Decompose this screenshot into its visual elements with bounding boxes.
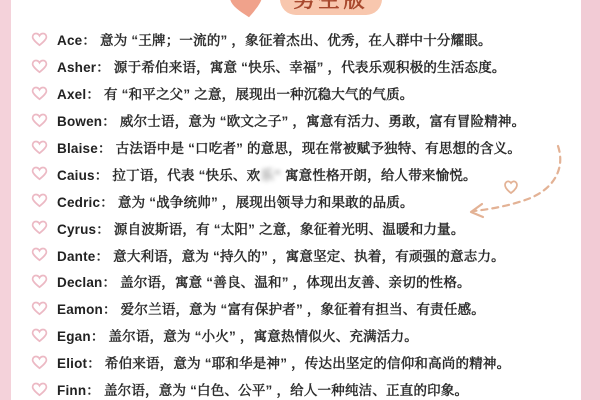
name-entry-text: Declan： 盖尔语，寓意 “善良、温和” ，体现出友善、亲切的性格。: [57, 271, 471, 291]
heart-outline-icon: [31, 247, 48, 262]
list-item: Egan： 盖尔语，意为 “小火” ，寓意热情似火、充满活力。: [31, 322, 576, 349]
list-item: Finn： 盖尔语，意为 “白色、公平” ，给人一种纯洁、正直的印象。: [31, 376, 576, 400]
colon: ：: [96, 249, 110, 264]
name-entry-text: Ace： 意为 “王牌；一流的” ，象征着杰出、优秀，在人群中十分耀眼。: [57, 29, 492, 49]
heart-outline-icon: [31, 113, 48, 128]
name-description: 意大利语，意为 “持久的” ，寓意坚定、执着，有顽强的意志力。: [113, 249, 505, 264]
name-english: Cyrus: [57, 222, 96, 237]
colon: ：: [102, 114, 116, 129]
name-english: Eliot: [57, 356, 87, 371]
name-description: 有 “和平之父” 之意，展现出一种沉稳大气的气质。: [104, 87, 414, 102]
filled-heart-icon: [225, 0, 270, 24]
name-english: Ace: [57, 33, 82, 48]
heart-outline-icon: [31, 140, 48, 155]
name-english: Egan: [57, 329, 91, 344]
list-item: Eamon： 爱尔兰语，意为 “富有保护者” ，象征着有担当、有责任感。: [31, 295, 576, 322]
heart-outline-icon: [31, 382, 48, 397]
name-english: Finn: [57, 383, 86, 398]
name-description: 盖尔语，寓意 “善良、温和” ，体现出友善、亲切的性格。: [120, 275, 471, 290]
name-entry-text: Blaise： 古法语中是 “口吃者” 的意思，现在常被赋予独特、有思想的含义。: [57, 137, 521, 157]
heart-outline-icon: [31, 193, 48, 208]
name-english: Bowen: [57, 114, 102, 129]
list-item: Declan： 盖尔语，寓意 “善良、温和” ，体现出友善、亲切的性格。: [31, 268, 576, 295]
name-description: 源自波斯语，有 “太阳” 之意，象征着光明、温暖和力量。: [114, 222, 465, 237]
name-entry-text: Egan： 盖尔语，意为 “小火” ，寓意热情似火、充满活力。: [57, 325, 418, 345]
name-description: 希伯来语，意为 “耶和华是神” ，传达出坚定的信仰和高尚的精神。: [105, 356, 510, 371]
colon: ：: [103, 302, 117, 317]
list-item: Axel： 有 “和平之父” 之意，展现出一种沉稳大气的气质。: [31, 80, 576, 107]
colon: ：: [95, 168, 109, 183]
heart-outline-icon: [31, 32, 48, 47]
list-item: Asher： 源于希伯来语，寓意 “快乐、幸福” ，代表乐观积极的生活态度。: [31, 53, 576, 80]
name-english: Asher: [57, 60, 96, 75]
name-description-after: 寓意性格开朗，给人带来愉悦。: [285, 168, 477, 183]
heart-outline-icon: [31, 59, 48, 74]
name-english: Blaise: [57, 141, 98, 156]
heart-outline-icon: [31, 220, 48, 235]
section-title: 男生版: [294, 0, 369, 14]
name-entry-text: Finn： 盖尔语，意为 “白色、公平” ，给人一种纯洁、正直的印象。: [57, 379, 468, 399]
heart-outline-icon: [31, 86, 48, 101]
name-description: 意为 “王牌；一流的” ，象征着杰出、优秀，在人群中十分耀眼。: [100, 33, 492, 48]
name-description: 盖尔语，意为 “小火” ，寓意热情似火、充满活力。: [108, 329, 418, 344]
list-item: Caius： 拉丁语，代表 “快乐、欢乐” 寓意性格开朗，给人带来愉悦。: [31, 160, 576, 187]
heart-outline-icon: [31, 355, 48, 370]
list-item: Ace： 意为 “王牌；一流的” ，象征着杰出、优秀，在人群中十分耀眼。: [31, 26, 576, 53]
name-entry-text: Bowen： 威尔士语，意为 “欧文之子” ，寓意有活力、勇敢，富有冒险精神。: [57, 110, 525, 130]
list-item: Cyrus： 源自波斯语，有 “太阳” 之意，象征着光明、温暖和力量。: [31, 214, 576, 241]
heart-outline-icon: [31, 301, 48, 316]
colon: ：: [102, 275, 116, 290]
page-header: 男生版: [0, 0, 600, 17]
name-description: 威尔士语，意为 “欧文之子” ，寓意有活力、勇敢，富有冒险精神。: [120, 114, 525, 129]
colon: ：: [91, 329, 105, 344]
name-english: Declan: [57, 275, 102, 290]
name-entry-text: Caius： 拉丁语，代表 “快乐、欢乐” 寓意性格开朗，给人带来愉悦。: [57, 164, 477, 184]
name-entry-text: Asher： 源于希伯来语，寓意 “快乐、幸福” ，代表乐观积极的生活态度。: [57, 56, 506, 76]
name-english: Dante: [57, 249, 96, 264]
colon: ：: [82, 33, 96, 48]
colon: ：: [96, 222, 110, 237]
right-pink-border: [581, 0, 600, 400]
name-entry-text: Cedric： 意为 “战争统帅” ，展现出领导力和果敢的品质。: [57, 191, 414, 211]
list-item: Dante： 意大利语，意为 “持久的” ，寓意坚定、执着，有顽强的意志力。: [31, 241, 576, 268]
name-description: 意为 “战争统帅” ，展现出领导力和果敢的品质。: [118, 195, 414, 210]
name-entry-text: Dante： 意大利语，意为 “持久的” ，寓意坚定、执着，有顽强的意志力。: [57, 245, 505, 265]
name-description: 拉丁语，代表 “快乐、欢: [112, 168, 260, 183]
name-description: 古法语中是 “口吃者” 的意思，现在常被赋予独特、有思想的含义。: [116, 141, 521, 156]
heart-outline-icon: [31, 328, 48, 343]
left-pink-border: [0, 0, 11, 400]
name-english: Cedric: [57, 195, 100, 210]
heart-outline-icon: [31, 274, 48, 289]
section-title-badge: 男生版: [280, 0, 382, 15]
name-entry-text: Eliot： 希伯来语，意为 “耶和华是神” ，传达出坚定的信仰和高尚的精神。: [57, 352, 510, 372]
blurred-watermark-text: 乐”: [260, 168, 281, 183]
name-list: Ace： 意为 “王牌；一流的” ，象征着杰出、优秀，在人群中十分耀眼。 Ash…: [31, 26, 576, 400]
heart-outline-icon: [31, 166, 48, 181]
name-description: 爱尔兰语，意为 “富有保护者” ，象征着有担当、有责任感。: [121, 302, 485, 317]
name-english: Axel: [57, 87, 86, 102]
name-entry-text: Eamon： 爱尔兰语，意为 “富有保护者” ，象征着有担当、有责任感。: [57, 298, 485, 318]
colon: ：: [98, 141, 112, 156]
name-english: Caius: [57, 168, 95, 183]
list-item: Blaise： 古法语中是 “口吃者” 的意思，现在常被赋予独特、有思想的含义。: [31, 134, 576, 161]
name-description: 盖尔语，意为 “白色、公平” ，给人一种纯洁、正直的印象。: [104, 383, 468, 398]
list-item: Eliot： 希伯来语，意为 “耶和华是神” ，传达出坚定的信仰和高尚的精神。: [31, 349, 576, 376]
name-english: Eamon: [57, 302, 103, 317]
colon: ：: [100, 195, 114, 210]
colon: ：: [86, 383, 100, 398]
colon: ：: [86, 87, 100, 102]
colon: ：: [96, 60, 110, 75]
name-description: 源于希伯来语，寓意 “快乐、幸福” ，代表乐观积极的生活态度。: [114, 60, 506, 75]
list-item: Cedric： 意为 “战争统帅” ，展现出领导力和果敢的品质。: [31, 187, 576, 214]
name-entry-text: Axel： 有 “和平之父” 之意，展现出一种沉稳大气的气质。: [57, 83, 414, 103]
colon: ：: [87, 356, 101, 371]
name-entry-text: Cyrus： 源自波斯语，有 “太阳” 之意，象征着光明、温暖和力量。: [57, 218, 465, 238]
list-item: Bowen： 威尔士语，意为 “欧文之子” ，寓意有活力、勇敢，富有冒险精神。: [31, 107, 576, 134]
